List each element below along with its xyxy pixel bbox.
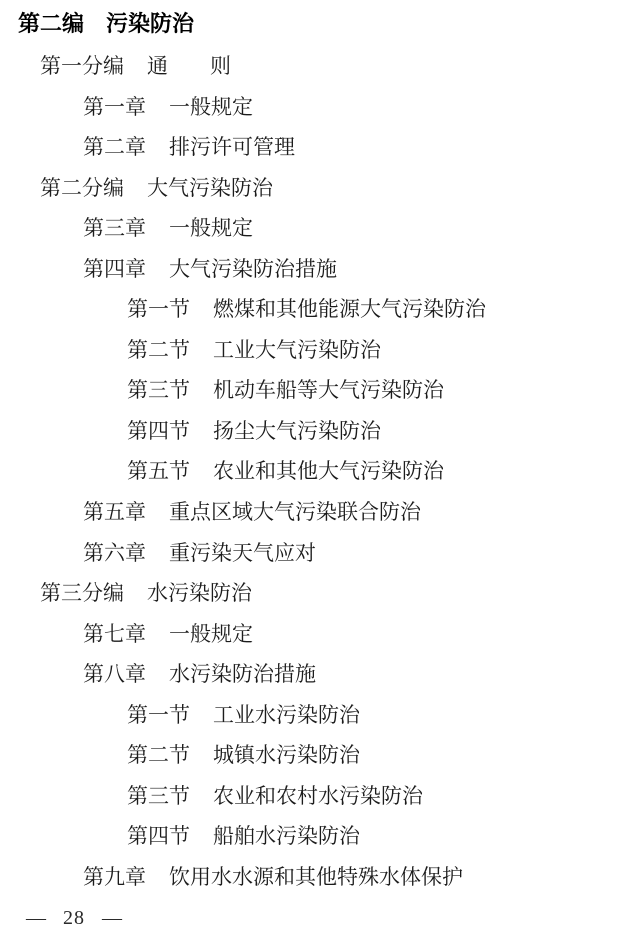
toc-item-title: 水污染防治 xyxy=(147,581,252,605)
toc-row: 第三节机动车船等大气污染防治 xyxy=(0,370,638,411)
toc-item-label: 第一节 xyxy=(127,703,190,727)
toc-row: 第一节燃煤和其他能源大气污染防治 xyxy=(0,289,638,330)
toc-row: 第六章重污染天气应对 xyxy=(0,533,638,574)
toc-item-title: 饮用水水源和其他特殊水体保护 xyxy=(169,865,463,889)
toc-row: 第二节城镇水污染防治 xyxy=(0,735,638,776)
toc-item-label: 第四章 xyxy=(83,257,146,281)
toc-row: 第二节工业大气污染防治 xyxy=(0,330,638,371)
toc-row: 第四节扬尘大气污染防治 xyxy=(0,411,638,452)
toc-item-title: 船舶水污染防治 xyxy=(213,824,360,848)
toc-item-label: 第二节 xyxy=(127,338,190,362)
toc-row: 第九章饮用水水源和其他特殊水体保护 xyxy=(0,857,638,898)
page-footer: — 28 — xyxy=(26,903,122,933)
toc-item-title: 通 则 xyxy=(147,54,231,78)
toc-row: 第五章重点区域大气污染联合防治 xyxy=(0,492,638,533)
toc-row: 第三分编水污染防治 xyxy=(0,573,638,614)
toc-item-label: 第二章 xyxy=(83,135,146,159)
toc-item-title: 重污染天气应对 xyxy=(169,541,316,565)
toc-item-title: 工业水污染防治 xyxy=(213,703,360,727)
toc-item-title: 机动车船等大气污染防治 xyxy=(213,378,444,402)
toc-item-label: 第八章 xyxy=(83,662,146,686)
part-heading-label: 第二编 xyxy=(18,11,84,36)
toc-item-label: 第四节 xyxy=(127,824,190,848)
toc-row: 第一分编通 则 xyxy=(0,46,638,87)
toc-item-label: 第三节 xyxy=(127,784,190,808)
toc-row: 第一节工业水污染防治 xyxy=(0,695,638,736)
toc-item-title: 城镇水污染防治 xyxy=(213,743,360,767)
footer-right-dash: — xyxy=(102,907,122,930)
page-number: 28 xyxy=(63,907,85,930)
document-page: 第二编污染防治 第一分编通 则第一章一般规定第二章排污许可管理第二分编大气污染防… xyxy=(0,0,638,944)
toc-item-title: 农业和其他大气污染防治 xyxy=(213,459,444,483)
toc-row: 第三章一般规定 xyxy=(0,208,638,249)
toc-item-label: 第九章 xyxy=(83,865,146,889)
toc-item-title: 工业大气污染防治 xyxy=(213,338,381,362)
toc-item-label: 第四节 xyxy=(127,419,190,443)
toc-row: 第四章大气污染防治措施 xyxy=(0,249,638,290)
toc-item-label: 第二分编 xyxy=(40,176,124,200)
toc-row: 第四节船舶水污染防治 xyxy=(0,816,638,857)
toc-item-title: 水污染防治措施 xyxy=(169,662,316,686)
toc-item-label: 第六章 xyxy=(83,541,146,565)
toc-item-label: 第一分编 xyxy=(40,54,124,78)
toc-item-title: 一般规定 xyxy=(169,216,253,240)
toc-row: 第五节农业和其他大气污染防治 xyxy=(0,451,638,492)
toc-item-label: 第二节 xyxy=(127,743,190,767)
toc-item-title: 大气污染防治措施 xyxy=(169,257,337,281)
toc-row: 第八章水污染防治措施 xyxy=(0,654,638,695)
toc-item-label: 第三节 xyxy=(127,378,190,402)
part-heading-title: 污染防治 xyxy=(106,11,194,36)
toc-row: 第二分编大气污染防治 xyxy=(0,168,638,209)
toc-item-title: 扬尘大气污染防治 xyxy=(213,419,381,443)
toc-item-label: 第一节 xyxy=(127,297,190,321)
toc-item-title: 农业和农村水污染防治 xyxy=(213,784,423,808)
toc-item-title: 大气污染防治 xyxy=(147,176,273,200)
toc-item-label: 第一章 xyxy=(83,95,146,119)
part-heading: 第二编污染防治 xyxy=(18,4,194,44)
footer-left-dash: — xyxy=(26,907,46,930)
toc-item-title: 排污许可管理 xyxy=(169,135,295,159)
toc-item-label: 第三分编 xyxy=(40,581,124,605)
toc-row: 第七章一般规定 xyxy=(0,614,638,655)
toc-row: 第二章排污许可管理 xyxy=(0,127,638,168)
toc-item-title: 重点区域大气污染联合防治 xyxy=(169,500,421,524)
toc-item-label: 第七章 xyxy=(83,622,146,646)
toc-item-title: 一般规定 xyxy=(169,622,253,646)
toc-list: 第一分编通 则第一章一般规定第二章排污许可管理第二分编大气污染防治第三章一般规定… xyxy=(0,46,638,897)
toc-item-label: 第五章 xyxy=(83,500,146,524)
toc-row: 第一章一般规定 xyxy=(0,87,638,128)
toc-row: 第三节农业和农村水污染防治 xyxy=(0,776,638,817)
toc-item-title: 一般规定 xyxy=(169,95,253,119)
toc-item-label: 第五节 xyxy=(127,459,190,483)
toc-item-title: 燃煤和其他能源大气污染防治 xyxy=(213,297,486,321)
toc-item-label: 第三章 xyxy=(83,216,146,240)
